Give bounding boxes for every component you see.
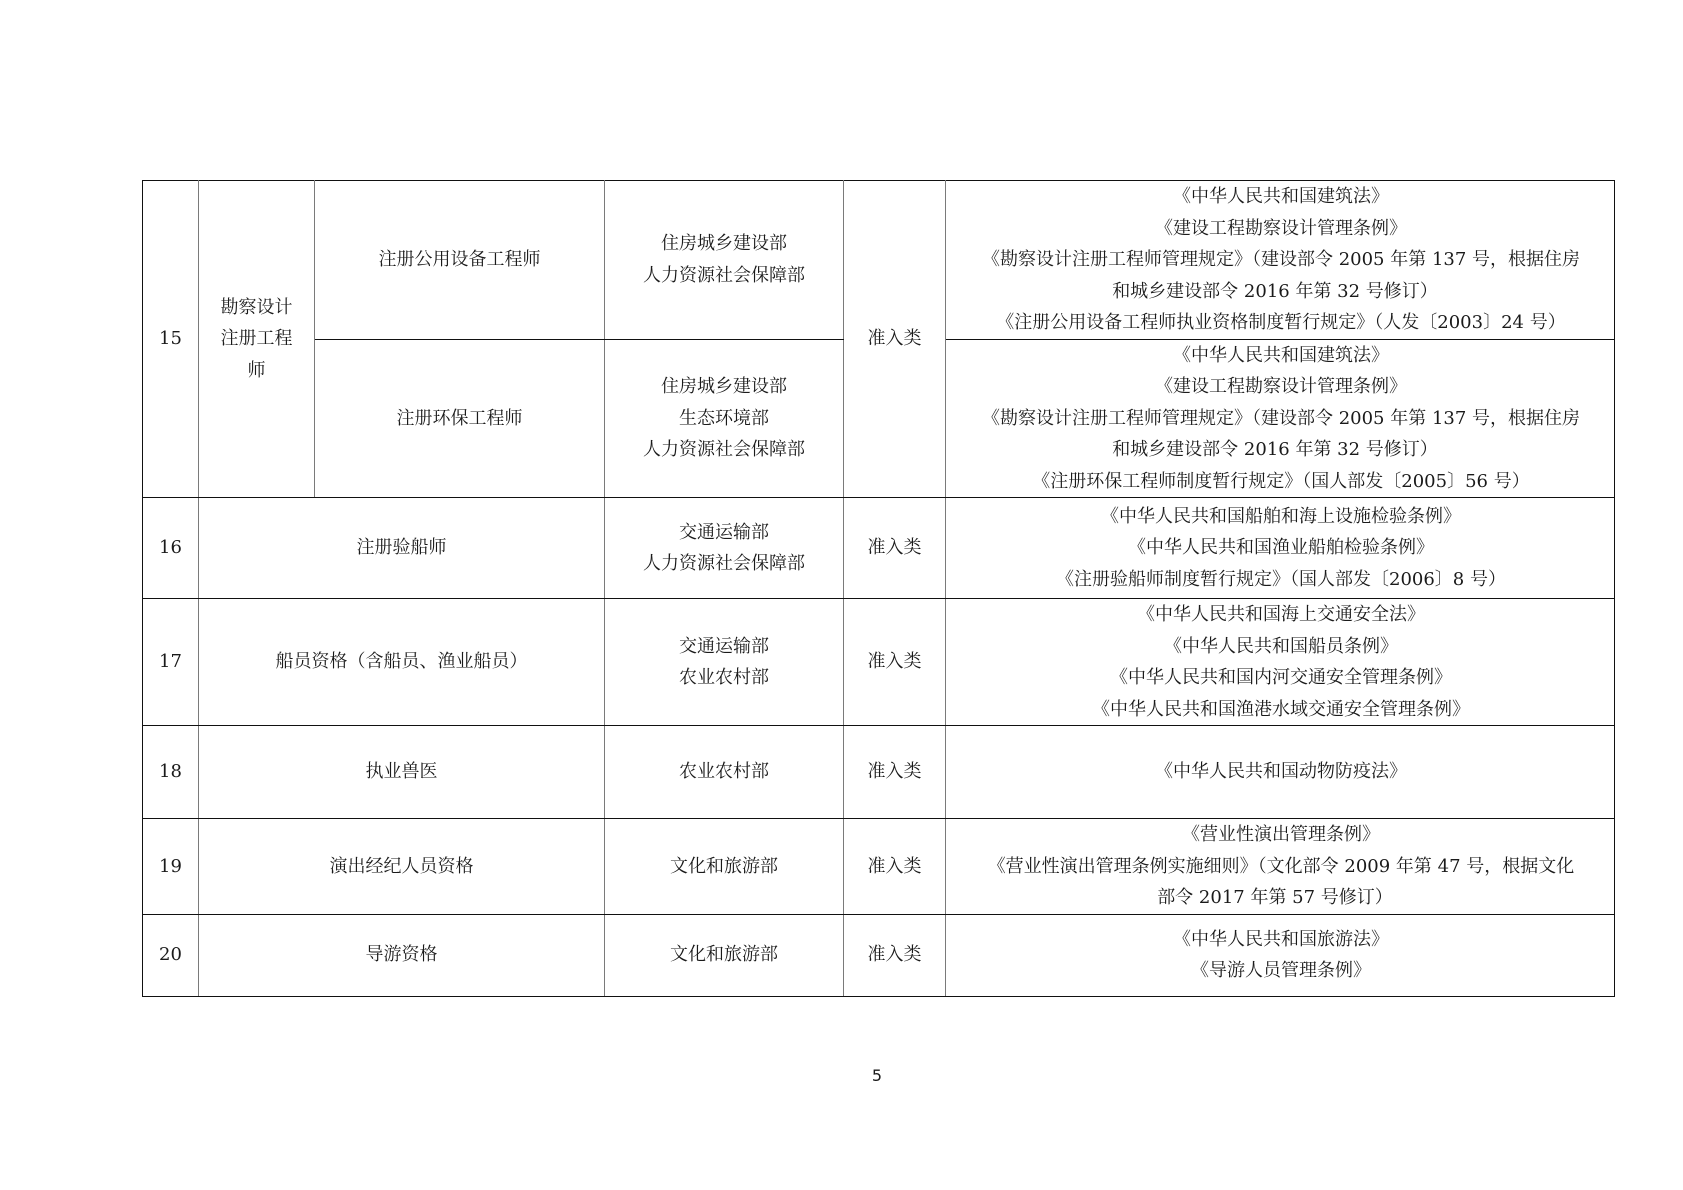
table-row: 18 执业兽医 农业农村部 准入类 《中华人民共和国动物防疫法》 — [143, 726, 1615, 819]
department: 人力资源社会保障部 — [605, 260, 843, 292]
law-reference: 《中华人民共和国船舶和海上设施检验条例》 — [958, 501, 1604, 533]
law-reference-continued: 和城乡建设部令 2016 年第 32 号修订） — [946, 276, 1604, 308]
department-cell: 文化和旅游部 — [605, 914, 844, 996]
legal-basis-cell: 《中华人民共和国船舶和海上设施检验条例》 《中华人民共和国渔业船舶检验条例》 《… — [946, 498, 1615, 599]
category-cell: 准入类 — [844, 819, 946, 915]
page-number: 5 — [0, 1066, 1683, 1085]
law-reference: 《注册公用设备工程师执业资格制度暂行规定》（人发〔2003〕24 号） — [958, 307, 1604, 339]
qualification-name: 船员资格（含船员、渔业船员） — [199, 599, 605, 726]
table-row: 17 船员资格（含船员、渔业船员） 交通运输部 农业农村部 准入类 《中华人民共… — [143, 599, 1615, 726]
law-reference: 《营业性演出管理条例实施细则》（文化部令 2009 年第 47 号，根据文化 — [958, 851, 1604, 883]
department: 文化和旅游部 — [605, 851, 843, 883]
qualification-table: 15 勘察设计 注册工程 师 注册公用设备工程师 住房城乡建设部 人力资源社会保… — [142, 180, 1615, 997]
row-number: 18 — [143, 726, 199, 819]
law-reference: 《导游人员管理条例》 — [958, 955, 1604, 987]
row-number: 20 — [143, 914, 199, 996]
legal-basis-cell: 《营业性演出管理条例》 《营业性演出管理条例实施细则》（文化部令 2009 年第… — [946, 819, 1615, 915]
department-cell: 文化和旅游部 — [605, 819, 844, 915]
law-reference: 《中华人民共和国建筑法》 — [958, 181, 1604, 213]
law-reference-continued: 和城乡建设部令 2016 年第 32 号修订） — [946, 434, 1604, 466]
department-cell: 住房城乡建设部 生态环境部 人力资源社会保障部 — [605, 339, 844, 498]
legal-basis-cell: 《中华人民共和国动物防疫法》 — [946, 726, 1615, 819]
qualification-name: 执业兽医 — [199, 726, 605, 819]
department: 人力资源社会保障部 — [605, 434, 843, 466]
group-label-line: 师 — [199, 355, 314, 387]
department: 交通运输部 — [605, 631, 843, 663]
law-reference: 《中华人民共和国渔港水域交通安全管理条例》 — [958, 694, 1604, 726]
table-row: 15 勘察设计 注册工程 师 注册公用设备工程师 住房城乡建设部 人力资源社会保… — [143, 181, 1615, 340]
row-number: 19 — [143, 819, 199, 915]
table-row: 19 演出经纪人员资格 文化和旅游部 准入类 《营业性演出管理条例》 《营业性演… — [143, 819, 1615, 915]
department: 交通运输部 — [605, 517, 843, 549]
law-reference: 《勘察设计注册工程师管理规定》（建设部令 2005 年第 137 号，根据住房 — [958, 403, 1604, 435]
law-reference: 《中华人民共和国内河交通安全管理条例》 — [958, 662, 1604, 694]
table-row: 16 注册验船师 交通运输部 人力资源社会保障部 准入类 《中华人民共和国船舶和… — [143, 498, 1615, 599]
law-reference: 《注册验船师制度暂行规定》（国人部发〔2006〕8 号） — [958, 564, 1604, 596]
category-cell: 准入类 — [844, 498, 946, 599]
legal-basis-cell: 《中华人民共和国建筑法》 《建设工程勘察设计管理条例》 《勘察设计注册工程师管理… — [946, 339, 1615, 498]
qualification-name: 演出经纪人员资格 — [199, 819, 605, 915]
row-number: 15 — [143, 181, 199, 498]
qualification-name: 导游资格 — [199, 914, 605, 996]
law-reference: 《中华人民共和国渔业船舶检验条例》 — [958, 532, 1604, 564]
law-reference: 《中华人民共和国旅游法》 — [958, 924, 1604, 956]
document-page: 15 勘察设计 注册工程 师 注册公用设备工程师 住房城乡建设部 人力资源社会保… — [0, 0, 1683, 1190]
qualification-group-label: 勘察设计 注册工程 师 — [199, 181, 315, 498]
group-label-line: 注册工程 — [199, 323, 314, 355]
law-reference: 《建设工程勘察设计管理条例》 — [958, 213, 1604, 245]
law-reference: 《中华人民共和国建筑法》 — [958, 340, 1604, 372]
law-reference: 《中华人民共和国船员条例》 — [958, 631, 1604, 663]
row-number: 17 — [143, 599, 199, 726]
department-cell: 交通运输部 人力资源社会保障部 — [605, 498, 844, 599]
law-reference-continued: 部令 2017 年第 57 号修订） — [946, 882, 1604, 914]
group-label-line: 勘察设计 — [199, 292, 314, 324]
department-cell: 农业农村部 — [605, 726, 844, 819]
legal-basis-cell: 《中华人民共和国建筑法》 《建设工程勘察设计管理条例》 《勘察设计注册工程师管理… — [946, 181, 1615, 340]
department: 农业农村部 — [605, 662, 843, 694]
category-cell: 准入类 — [844, 726, 946, 819]
law-reference: 《勘察设计注册工程师管理规定》（建设部令 2005 年第 137 号，根据住房 — [958, 244, 1604, 276]
qualification-name: 注册公用设备工程师 — [315, 181, 605, 340]
department: 住房城乡建设部 — [605, 371, 843, 403]
department: 农业农村部 — [605, 756, 843, 788]
law-reference: 《中华人民共和国动物防疫法》 — [958, 756, 1604, 788]
law-reference: 《营业性演出管理条例》 — [958, 819, 1604, 851]
department: 住房城乡建设部 — [605, 228, 843, 260]
law-reference: 《中华人民共和国海上交通安全法》 — [958, 599, 1604, 631]
legal-basis-cell: 《中华人民共和国旅游法》 《导游人员管理条例》 — [946, 914, 1615, 996]
category-cell: 准入类 — [844, 181, 946, 498]
department: 人力资源社会保障部 — [605, 548, 843, 580]
law-reference: 《注册环保工程师制度暂行规定》（国人部发〔2005〕56 号） — [958, 466, 1604, 498]
department-cell: 住房城乡建设部 人力资源社会保障部 — [605, 181, 844, 340]
table-row: 20 导游资格 文化和旅游部 准入类 《中华人民共和国旅游法》 《导游人员管理条… — [143, 914, 1615, 996]
department-cell: 交通运输部 农业农村部 — [605, 599, 844, 726]
category-cell: 准入类 — [844, 599, 946, 726]
law-reference: 《建设工程勘察设计管理条例》 — [958, 371, 1604, 403]
qualification-name: 注册环保工程师 — [315, 339, 605, 498]
legal-basis-cell: 《中华人民共和国海上交通安全法》 《中华人民共和国船员条例》 《中华人民共和国内… — [946, 599, 1615, 726]
category-cell: 准入类 — [844, 914, 946, 996]
department: 文化和旅游部 — [605, 939, 843, 971]
department: 生态环境部 — [605, 403, 843, 435]
qualification-name: 注册验船师 — [199, 498, 605, 599]
row-number: 16 — [143, 498, 199, 599]
